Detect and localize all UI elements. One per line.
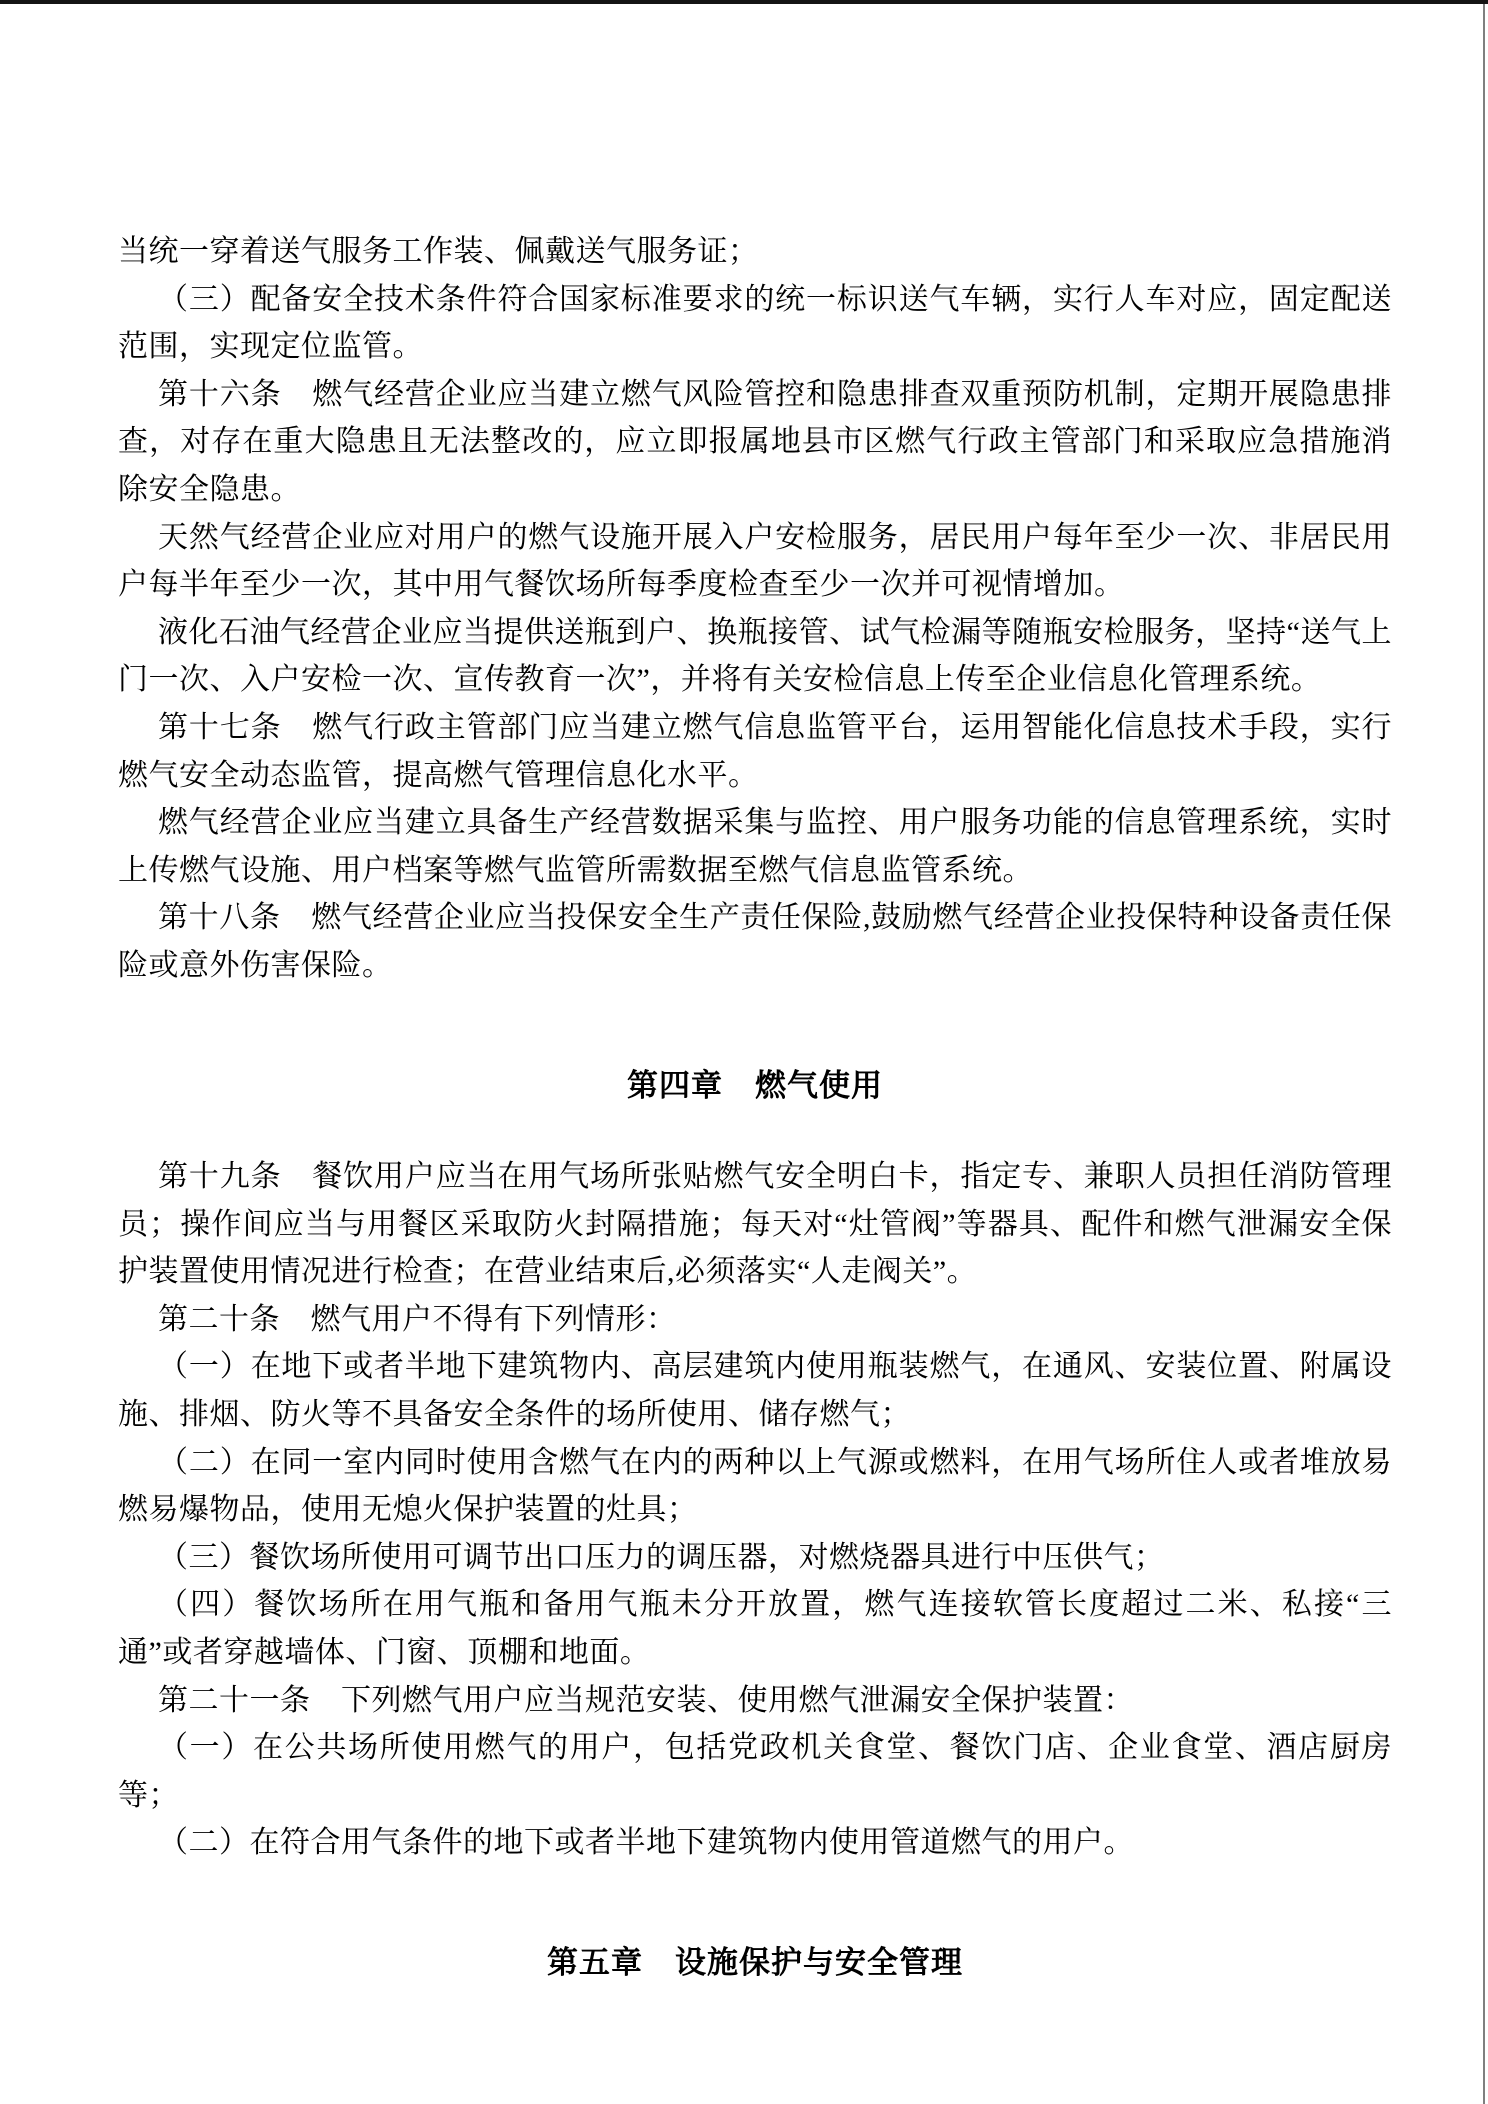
paragraph-article-20: 第二十条 燃气用户不得有下列情形： <box>118 1296 1392 1344</box>
chapter-5-heading: 第五章 设施保护与安全管理 <box>118 1939 1392 1987</box>
paragraph-article-19: 第十九条 餐饮用户应当在用气场所张贴燃气安全明白卡，指定专、兼职人员担任消防管理… <box>118 1153 1392 1296</box>
document-content: 当统一穿着送气服务工作装、佩戴送气服务证； （三）配备安全技术条件符合国家标准要… <box>118 0 1392 2031</box>
paragraph-article-18: 第十八条 燃气经营企业应当投保安全生产责任保险,鼓励燃气经营企业投保特种设备责任… <box>118 894 1392 989</box>
paragraph-article-16: 第十六条 燃气经营企业应当建立燃气风险管控和隐患排查双重预防机制，定期开展隐患排… <box>118 371 1392 514</box>
chapter-4-heading: 第四章 燃气使用 <box>118 1062 1392 1110</box>
paragraph-article-21-item-2: （二）在符合用气条件的地下或者半地下建筑物内使用管道燃气的用户。 <box>118 1819 1392 1867</box>
paragraph-article-20-item-2: （二）在同一室内同时使用含燃气在内的两种以上气源或燃料，在用气场所住人或者堆放易… <box>118 1439 1392 1534</box>
paragraph-article-17-enterprise: 燃气经营企业应当建立具备生产经营数据采集与监控、用户服务功能的信息管理系统，实时… <box>118 799 1392 894</box>
paragraph-continuation: 当统一穿着送气服务工作装、佩戴送气服务证； <box>118 228 1392 276</box>
paragraph-article-21: 第二十一条 下列燃气用户应当规范安装、使用燃气泄漏安全保护装置： <box>118 1677 1392 1725</box>
page-right-border <box>1483 4 1485 2104</box>
paragraph-item-3: （三）配备安全技术条件符合国家标准要求的统一标识送气车辆，实行人车对应，固定配送… <box>118 276 1392 371</box>
paragraph-article-20-item-3: （三）餐饮场所使用可调节出口压力的调压器，对燃烧器具进行中压供气； <box>118 1534 1392 1582</box>
paragraph-article-21-item-1: （一）在公共场所使用燃气的用户，包括党政机关食堂、餐饮门店、企业食堂、酒店厨房等… <box>118 1724 1392 1819</box>
paragraph-article-20-item-4: （四）餐饮场所在用气瓶和备用气瓶未分开放置，燃气连接软管长度超过二米、私接“三通… <box>118 1581 1392 1676</box>
paragraph-article-16-lpg: 液化石油气经营企业应当提供送瓶到户、换瓶接管、试气检漏等随瓶安检服务，坚持“送气… <box>118 609 1392 704</box>
document-page: 当统一穿着送气服务工作装、佩戴送气服务证； （三）配备安全技术条件符合国家标准要… <box>0 0 1488 2104</box>
paragraph-article-20-item-1: （一）在地下或者半地下建筑物内、高层建筑内使用瓶装燃气，在通风、安装位置、附属设… <box>118 1343 1392 1438</box>
paragraph-article-16-natural-gas: 天然气经营企业应对用户的燃气设施开展入户安检服务，居民用户每年至少一次、非居民用… <box>118 514 1392 609</box>
paragraph-article-17: 第十七条 燃气行政主管部门应当建立燃气信息监管平台，运用智能化信息技术手段，实行… <box>118 704 1392 799</box>
